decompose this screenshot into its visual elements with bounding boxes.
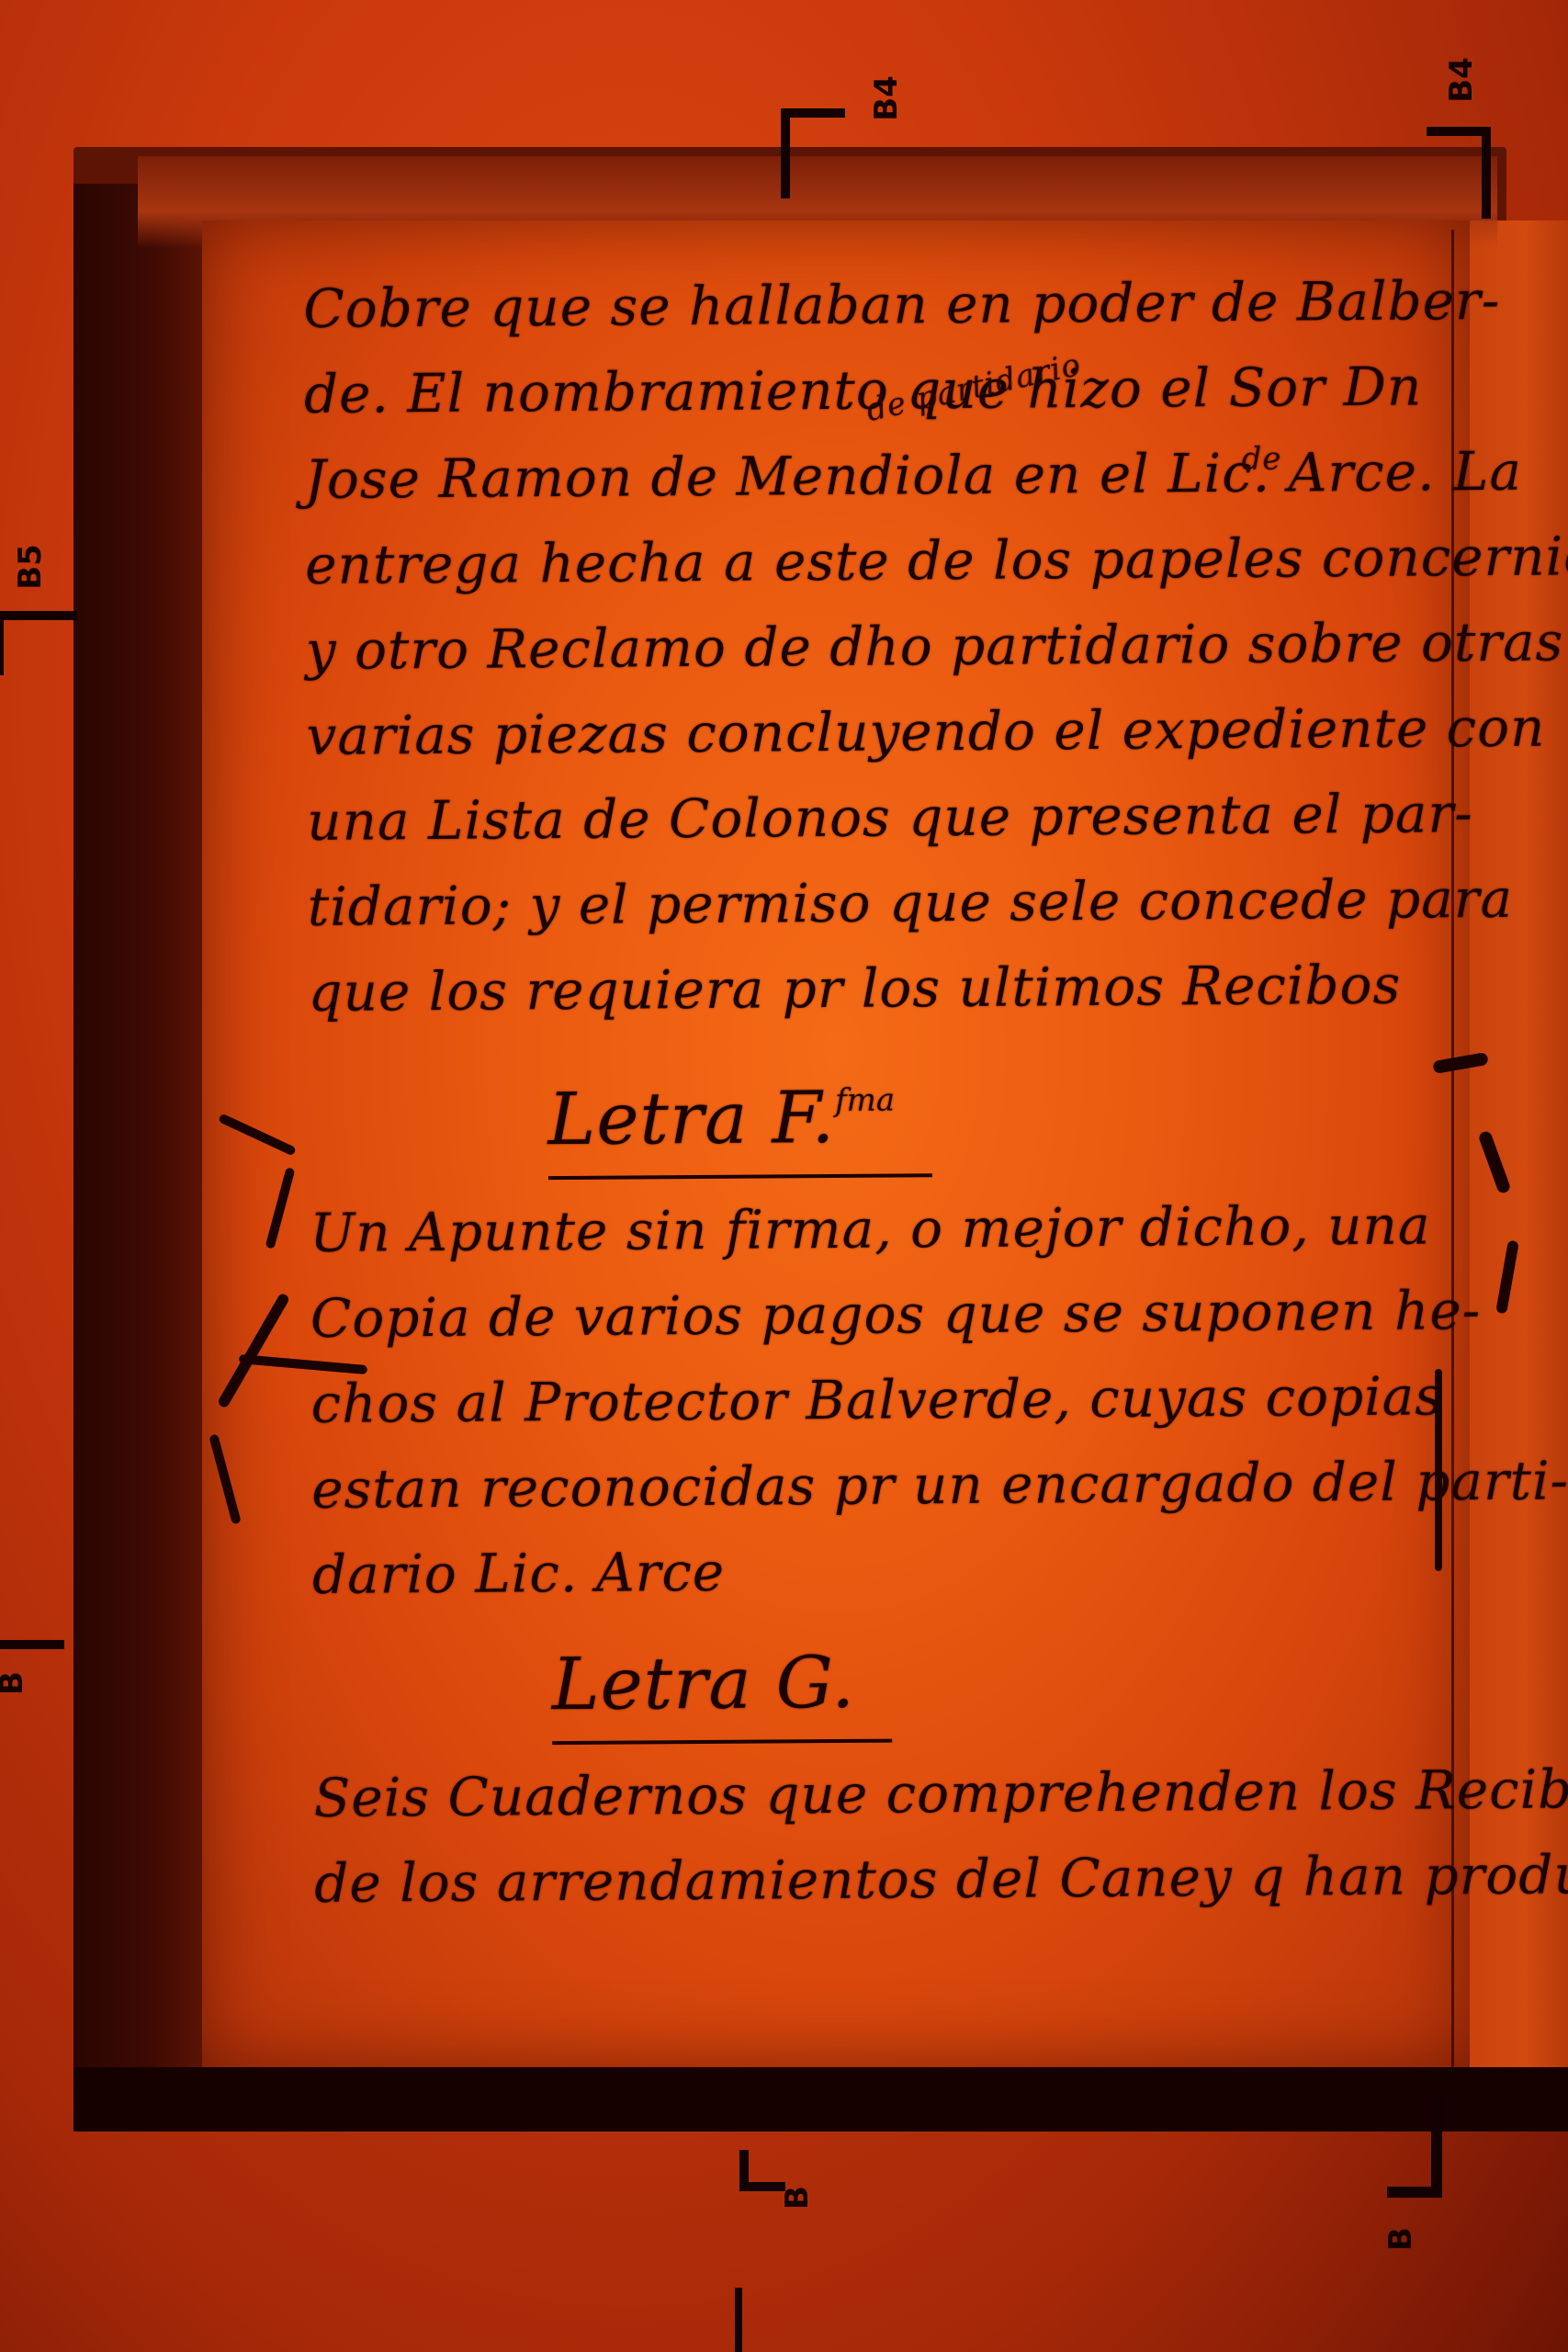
marker-label: B4	[871, 75, 902, 121]
section-heading-text: Letra F.	[547, 1077, 835, 1161]
corner-bracket-icon	[0, 611, 77, 675]
manuscript-line: Copia de varios pagos que se suponen he-	[310, 1268, 1478, 1362]
interlinear-note: de	[1241, 444, 1281, 475]
binding-strip	[73, 184, 202, 2095]
marker-label: B5	[15, 544, 46, 590]
manuscript-text: de partidario de Cobre que se hallaban e…	[303, 258, 1482, 1927]
manuscript-line: Jose Ramon de Mendiola en el Lic. Arce. …	[304, 429, 1472, 523]
manuscript-line: Cobre que se hallaban en poder de Balber…	[303, 258, 1471, 352]
corner-bracket-icon	[0, 1640, 64, 1658]
heading-superscript: fma	[835, 1082, 895, 1119]
marker-label: B	[0, 1671, 28, 1695]
corner-bracket-icon	[1387, 2095, 1442, 2198]
scan-bottom-band	[73, 2067, 1568, 2131]
section-letra-g: Letra G. Seis Cuadernos que comprehenden…	[312, 1610, 1481, 1927]
section-heading: Letra F.fma	[547, 1049, 932, 1180]
marker-label: B	[782, 2186, 813, 2210]
section-letra-f: Letra F.fma Un Apunte sin firma, o mejor…	[309, 1027, 1479, 1618]
manuscript-line: dario Lic. Arce	[312, 1524, 1480, 1618]
manuscript-line: que los requiera pr los ultimos Recibos	[308, 942, 1475, 1035]
manuscript-line: Seis Cuadernos que comprehenden los Reci…	[313, 1747, 1481, 1841]
marker-label: B4	[1446, 57, 1477, 103]
manuscript-line: y otro Reclamo de dho partidario sobre o…	[306, 600, 1473, 694]
manuscript-line: tidario; y el permiso que sele concede p…	[308, 856, 1475, 950]
scan-stage: de partidario de Cobre que se hallaban e…	[0, 0, 1568, 2352]
section-heading: Letra G.	[551, 1633, 892, 1746]
manuscript-line: de los arrendamientos del Caney q han pr…	[314, 1833, 1482, 1927]
manuscript-line: Un Apunte sin firma, o mejor dicho, una	[310, 1182, 1477, 1276]
manuscript-line: entrega hecha a este de los papeles conc…	[305, 514, 1472, 608]
marker-label: B	[1385, 2227, 1416, 2251]
corner-bracket-icon	[781, 108, 845, 198]
corner-bracket-icon	[1427, 127, 1491, 219]
manuscript-line: estan reconocidas pr un encargado del pa…	[311, 1439, 1479, 1532]
tick-line	[735, 2288, 742, 2352]
manuscript-line: una Lista de Colonos que presenta el par…	[307, 771, 1474, 865]
manuscript-line: chos al Protector Balverde, cuyas copias	[310, 1353, 1478, 1447]
manuscript-line: varias piezas concluyendo el expediente …	[306, 685, 1473, 779]
